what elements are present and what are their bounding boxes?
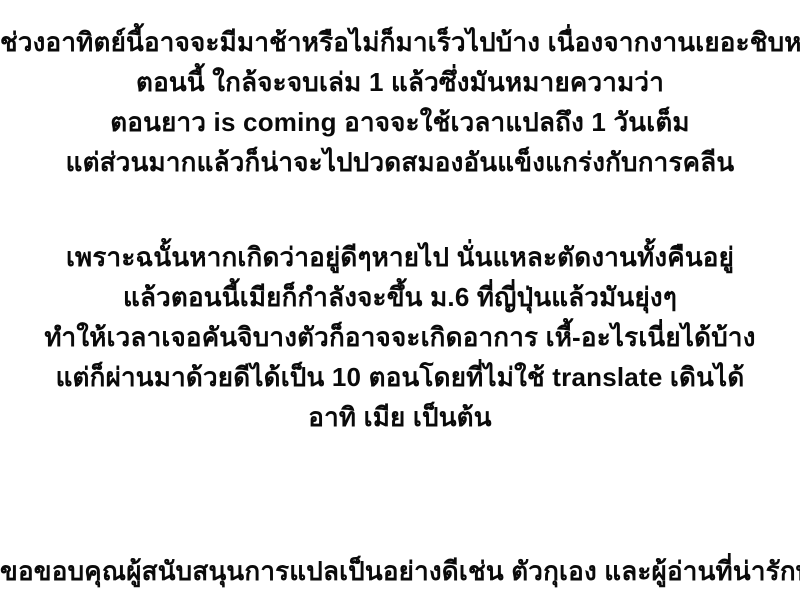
note-line: แต่ส่วนมากแล้วก็น่าจะไปปวดสมองอันแข็งแกร… (0, 142, 800, 182)
note-line: ทำให้เวลาเจอคันจิบางตัวก็อาจจะเกิดอาการ … (0, 317, 800, 357)
note-line: ตอนนี้ ใกล้จะจบเล่ม 1 แล้วซึ่งมันหมายควา… (0, 62, 800, 102)
note-line: ช่วงอาทิตย์นี้อาจจะมีมาช้าหรือไม่ก็มาเร็… (0, 22, 800, 62)
note-line: ตอนยาว is coming อาจจะใช้เวลาแปลถึง 1 วั… (0, 102, 800, 142)
translator-note-page: ช่วงอาทิตย์นี้อาจจะมีมาช้าหรือไม่ก็มาเร็… (0, 0, 800, 600)
note-line: แต่ก็ผ่านมาด้วยดีได้เป็น 10 ตอนโดยที่ไม่… (0, 357, 800, 397)
note-line: ขอขอบคุณผู้สนับสนุนการแปลเป็นอย่างดีเช่น… (0, 551, 800, 591)
note-paragraph-top: ช่วงอาทิตย์นี้อาจจะมีมาช้าหรือไม่ก็มาเร็… (0, 22, 800, 182)
note-paragraph-middle: เพราะฉนั้นหากเกิดว่าอยู่ดีๆหายไป นั่นแหล… (0, 237, 800, 437)
note-line: เพราะฉนั้นหากเกิดว่าอยู่ดีๆหายไป นั่นแหล… (0, 237, 800, 277)
note-line: แล้วตอนนี้เมียก็กำลังจะขึ้น ม.6 ที่ญี่ปุ… (0, 277, 800, 317)
note-line: อาทิ เมีย เป็นต้น (0, 397, 800, 437)
note-footer-thanks: ขอขอบคุณผู้สนับสนุนการแปลเป็นอย่างดีเช่น… (0, 551, 800, 591)
